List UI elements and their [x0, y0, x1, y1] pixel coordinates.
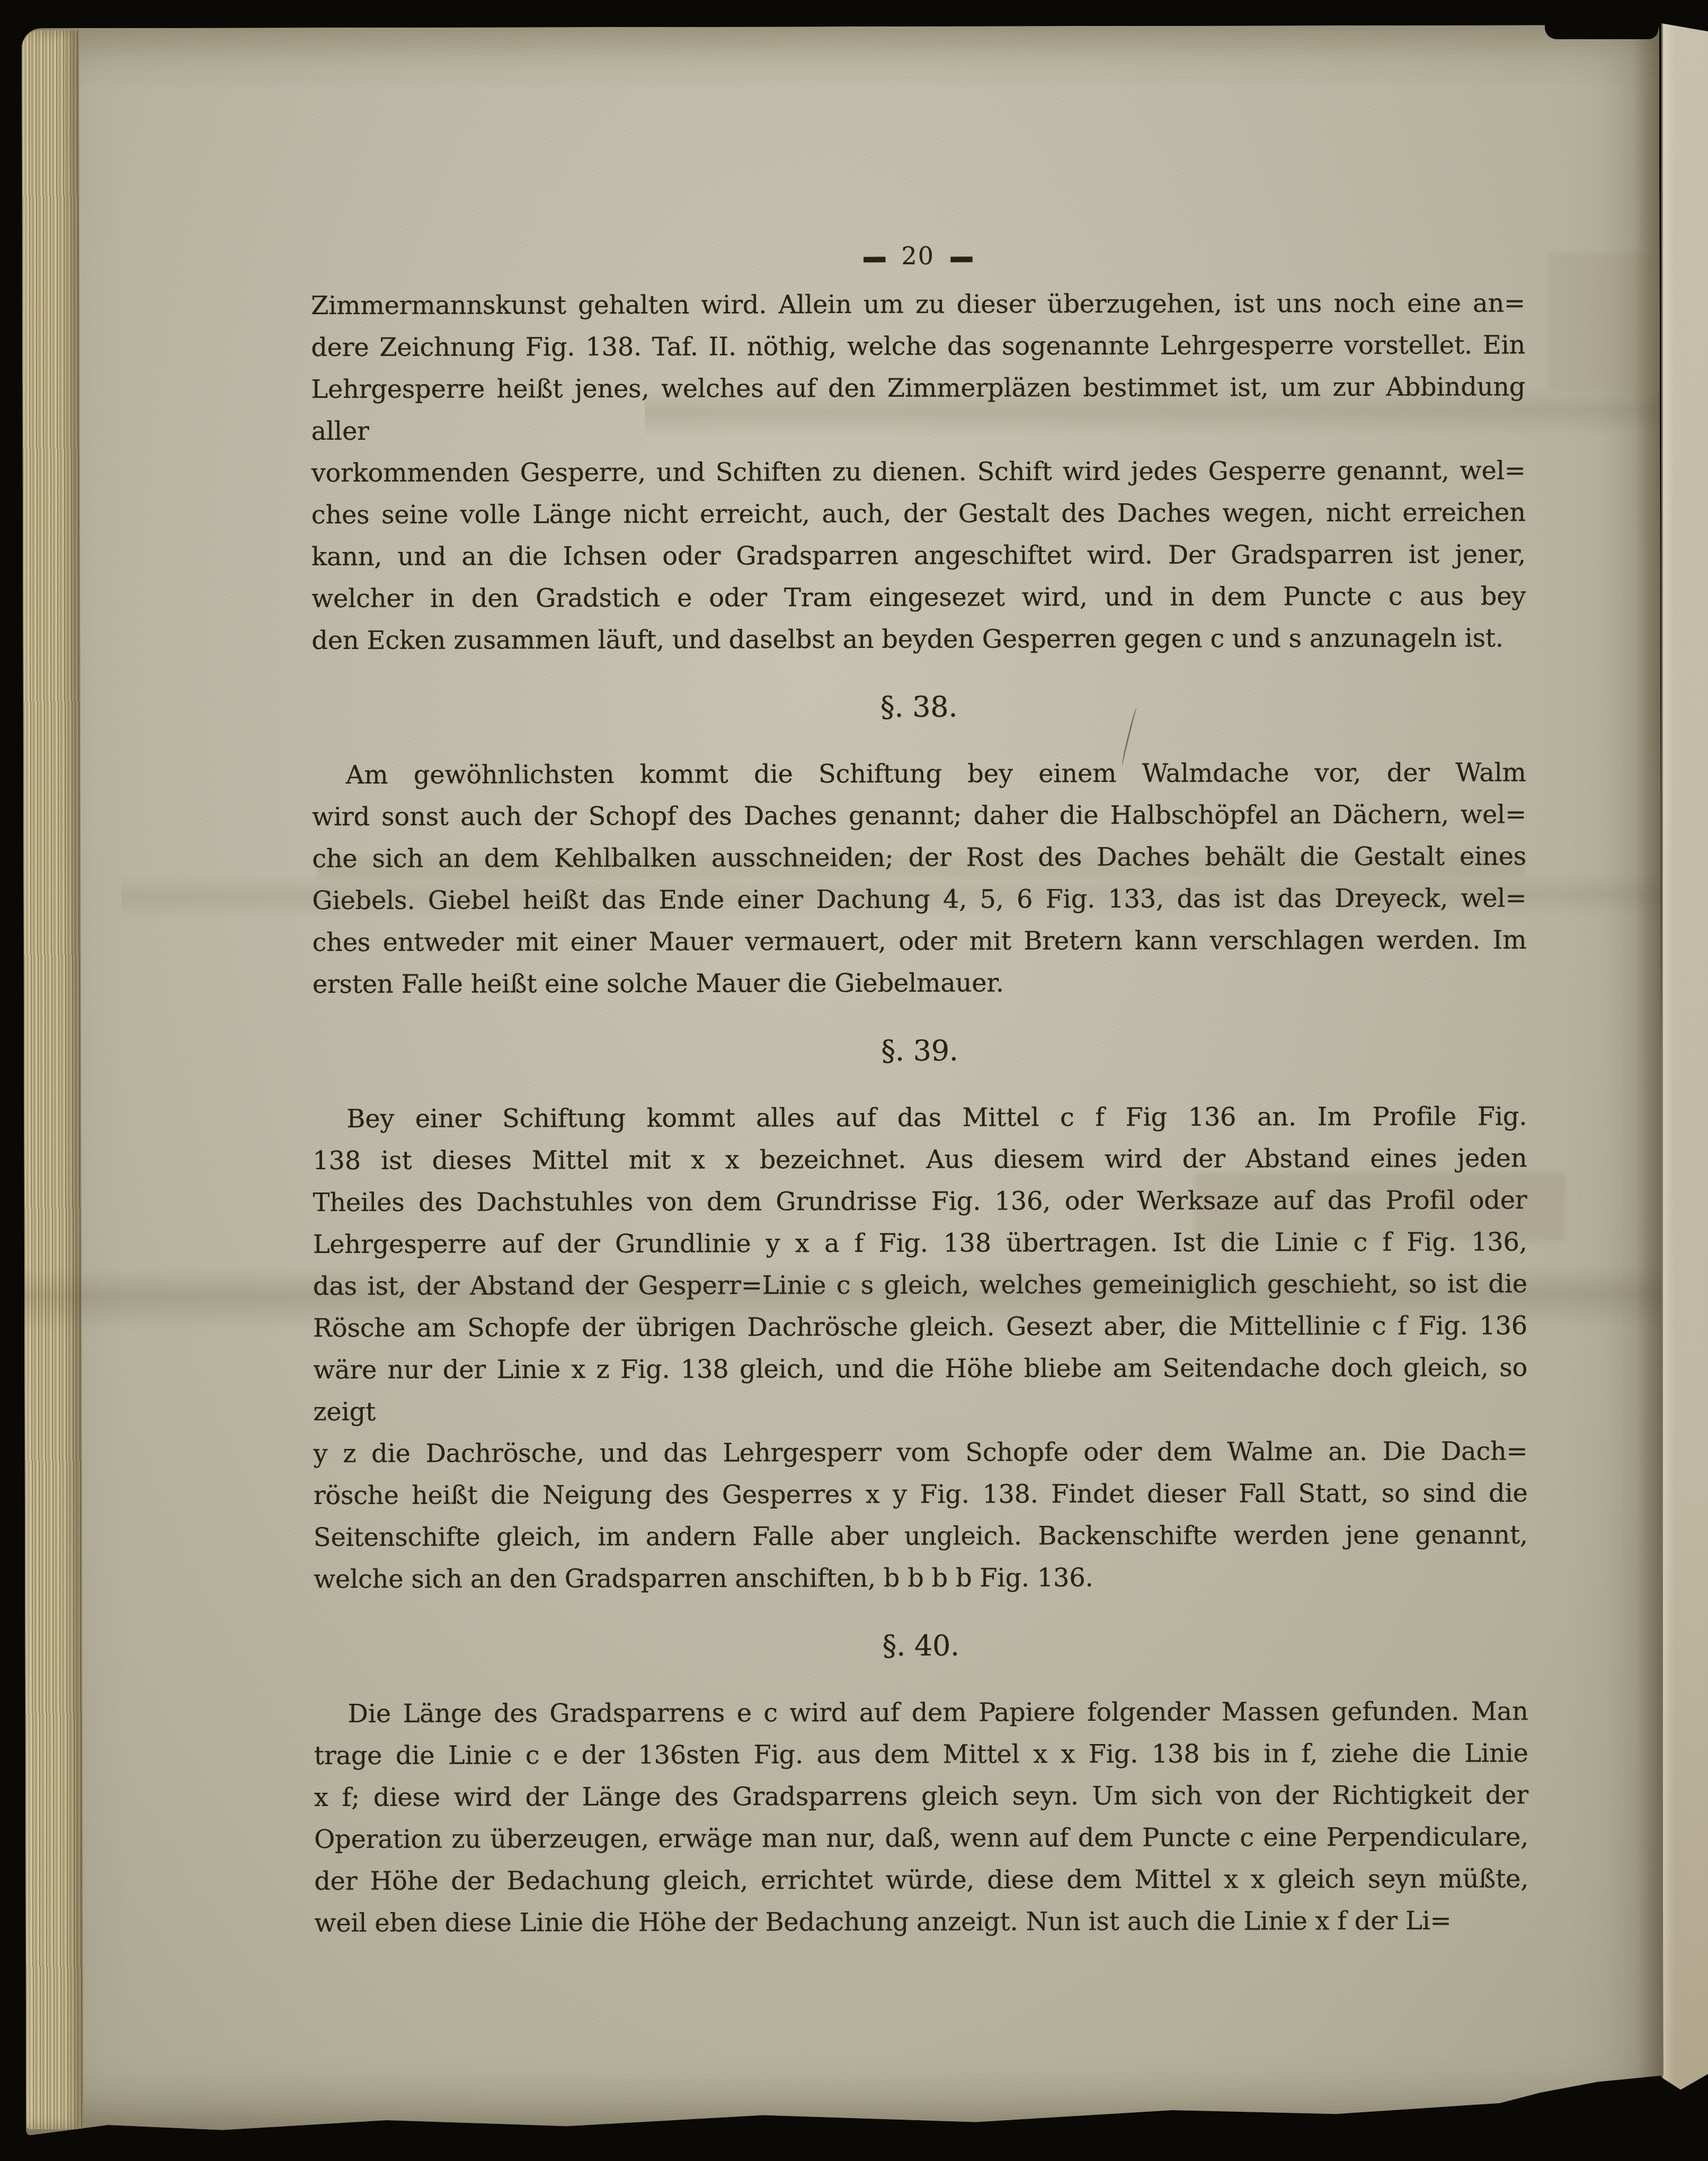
- text-line: welcher in den Gradstich e oder Tram ein…: [312, 575, 1526, 620]
- page-number: 20: [901, 239, 935, 272]
- scanner-background-notch: [1543, 21, 1659, 39]
- text-line: Zimmermannskunst gehalten wird. Allein u…: [311, 282, 1525, 327]
- text-line: vorkommenden Gesperre, und Schiften zu d…: [312, 450, 1526, 494]
- text-line: trage die Linie c e der 136sten Fig. aus…: [314, 1732, 1528, 1777]
- text-line: ersten Falle heißt eine solche Mauer die…: [313, 961, 1527, 1006]
- text-line: das ist, der Abstand der Gesperr=Linie c…: [313, 1263, 1527, 1308]
- paragraph: Am gewöhnlichsten kommt die Schiftung be…: [312, 752, 1527, 1006]
- book-page: —20— Zimmermannskunst gehalten wird. All…: [22, 25, 1663, 2136]
- text-line: Theiles des Dachstuhles von dem Grundris…: [313, 1179, 1527, 1224]
- section-heading: §. 38.: [312, 684, 1526, 729]
- text-line: Bey einer Schiftung kommt alles auf das …: [313, 1096, 1527, 1140]
- text-line: Rösche am Schopfe der übrigen Dachrösche…: [313, 1305, 1527, 1349]
- text-line: kann, und an die Ichsen oder Gradsparren…: [312, 533, 1526, 578]
- section-heading: §. 40.: [314, 1623, 1528, 1668]
- text-line: rösche heißt die Neigung des Gesperres x…: [314, 1472, 1528, 1517]
- text-line: den Ecken zusammen läuft, und daselbst a…: [312, 617, 1526, 662]
- book-scan: —20— Zimmermannskunst gehalten wird. All…: [0, 0, 1708, 2161]
- text-line: der Höhe der Bedachung gleich, errichtet…: [314, 1858, 1528, 1902]
- text-line: weil eben diese Linie die Höhe der Bedac…: [314, 1900, 1528, 1944]
- section-heading: §. 39.: [313, 1028, 1527, 1073]
- page-number-rule-left: —: [862, 225, 887, 287]
- paragraph: Zimmermannskunst gehalten wird. Allein u…: [311, 282, 1526, 662]
- text-line: Lehrgesperre heißt jenes, welches auf de…: [311, 366, 1525, 452]
- text-line: ches entweder mit einer Mauer vermauert,…: [312, 919, 1526, 964]
- text-line: Giebels. Giebel heißt das Ende einer Dac…: [312, 877, 1526, 922]
- text-line: Operation zu überzeugen, erwäge man nur,…: [314, 1816, 1528, 1861]
- text-line: ches seine volle Länge nicht erreicht, a…: [312, 492, 1526, 536]
- text-line: x f; diese wird der Länge des Gradsparre…: [314, 1774, 1528, 1819]
- text-flow: —20— Zimmermannskunst gehalten wird. All…: [311, 238, 1529, 1970]
- text-line: Die Länge des Gradsparrens e c wird auf …: [314, 1691, 1528, 1735]
- fore-edge-page-stack: [22, 30, 83, 2129]
- next-page-edge: [1661, 23, 1708, 2102]
- text-line: wird sonst auch der Schopf des Daches ge…: [312, 794, 1526, 838]
- text-line: y z die Dachrösche, und das Lehrgesperr …: [313, 1430, 1527, 1475]
- text-line: dere Zeichnung Fig. 138. Taf. II. nöthig…: [311, 324, 1525, 369]
- text-line: che sich an dem Kehlbalken ausschneiden;…: [312, 835, 1526, 880]
- paragraph: Die Länge des Gradsparrens e c wird auf …: [314, 1691, 1528, 1944]
- text-line: 138 ist dieses Mittel mit x x bezeichnet…: [313, 1137, 1527, 1182]
- page-number-rule-right: —: [949, 225, 974, 287]
- page-header: —20—: [311, 238, 1525, 273]
- text-line: Seitenschifte gleich, im andern Falle ab…: [314, 1514, 1528, 1559]
- text-line: wäre nur der Linie x z Fig. 138 gleich, …: [313, 1347, 1527, 1433]
- text-line: Lehrgesperre auf der Grundlinie y x a f …: [313, 1221, 1527, 1266]
- text-line: Am gewöhnlichsten kommt die Schiftung be…: [312, 752, 1526, 796]
- paragraph: Bey einer Schiftung kommt alles auf das …: [313, 1096, 1528, 1600]
- page-right-fold-shadow: [1634, 25, 1663, 2132]
- text-line: welche sich an den Gradsparren anschifte…: [314, 1556, 1528, 1600]
